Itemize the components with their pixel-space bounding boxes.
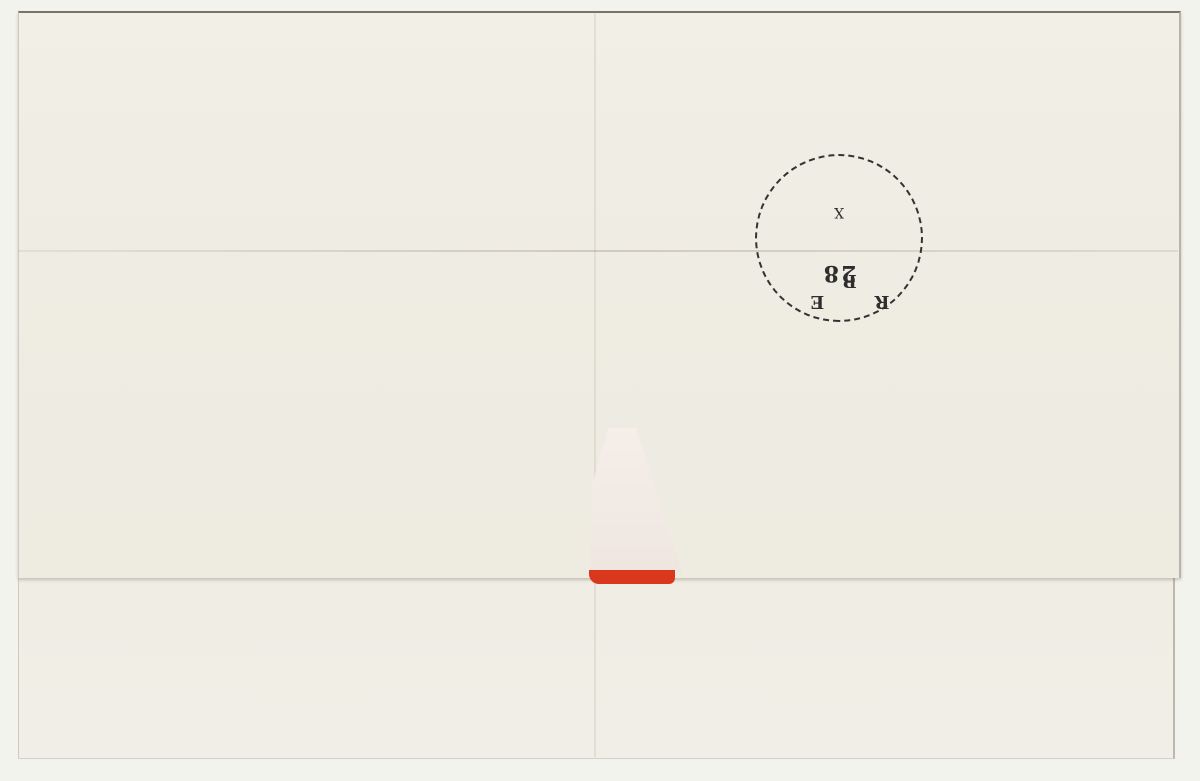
horizontal-fold-crease [18,250,1178,252]
postmark-circle: R E P 28 X [755,154,923,322]
postmark-middle-text: X [757,204,921,220]
letter-bottom-flap [18,574,1175,759]
postmark-date: 28 [757,260,921,286]
wax-seal [589,570,675,584]
vertical-fold-crease [594,12,596,757]
